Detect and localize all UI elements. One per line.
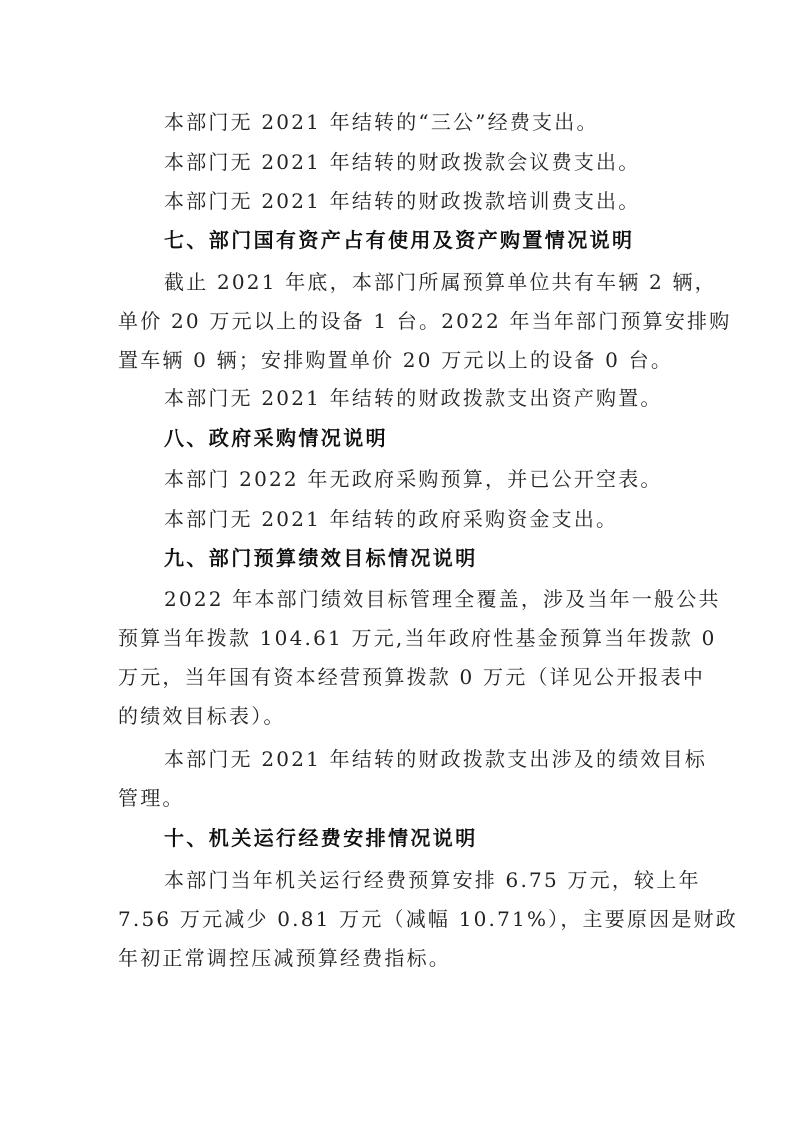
paragraph-performance-line-2: 预算当年拨款 104.61 万元,当年政府性基金预算当年拨款 0 [118,624,678,652]
paragraph-performance-line-3: 万元，当年国有资本经营预算拨款 0 万元（详见公开报表中 [118,663,678,691]
paragraph-no-asset-purchase-carryover: 本部门无 2021 年结转的财政拨款支出资产购置。 [164,384,724,412]
paragraph-operating-cost-line-3: 年初正常调控压减预算经费指标。 [118,944,678,972]
section-heading-seven: 七、部门国有资产占有使用及资产购置情况说明 [164,226,724,254]
paragraph-performance-line-4: 的绩效目标表）。 [118,702,678,730]
paragraph-performance-line-1: 2022 年本部门绩效目标管理全覆盖，涉及当年一般公共 [164,585,678,613]
section-heading-nine: 九、部门预算绩效目标情况说明 [164,544,724,572]
section-heading-ten: 十、机关运行经费安排情况说明 [164,824,724,852]
paragraph-no-performance-carryover-line-2: 管理。 [118,784,678,812]
paragraph-no-procurement-budget: 本部门 2022 年无政府采购预算，并已公开空表。 [164,465,724,493]
paragraph-assets-line-3: 置车辆 0 辆；安排购置单价 20 万元以上的设备 0 台。 [118,346,678,374]
paragraph-no-meeting-fee-carryover: 本部门无 2021 年结转的财政拨款会议费支出。 [164,148,724,176]
paragraph-no-training-fee-carryover: 本部门无 2021 年结转的财政拨款培训费支出。 [164,187,724,215]
paragraph-assets-line-2: 单价 20 万元以上的设备 1 台。2022 年当年部门预算安排购 [118,307,678,335]
paragraph-assets-line-1: 截止 2021 年底，本部门所属预算单位共有车辆 2 辆， [164,268,678,296]
document-page: 本部门无 2021 年结转的“三公”经费支出。 本部门无 2021 年结转的财政… [0,0,793,1122]
paragraph-no-procurement-carryover: 本部门无 2021 年结转的政府采购资金支出。 [164,505,724,533]
paragraph-operating-cost-line-2: 7.56 万元减少 0.81 万元（减幅 10.71%），主要原因是财政 [118,905,678,933]
paragraph-operating-cost-line-1: 本部门当年机关运行经费预算安排 6.75 万元，较上年 [164,866,678,894]
paragraph-no-performance-carryover-line-1: 本部门无 2021 年结转的财政拨款支出涉及的绩效目标 [164,745,678,773]
section-heading-eight: 八、政府采购情况说明 [164,424,724,452]
paragraph-no-three-public-carryover: 本部门无 2021 年结转的“三公”经费支出。 [164,108,724,136]
